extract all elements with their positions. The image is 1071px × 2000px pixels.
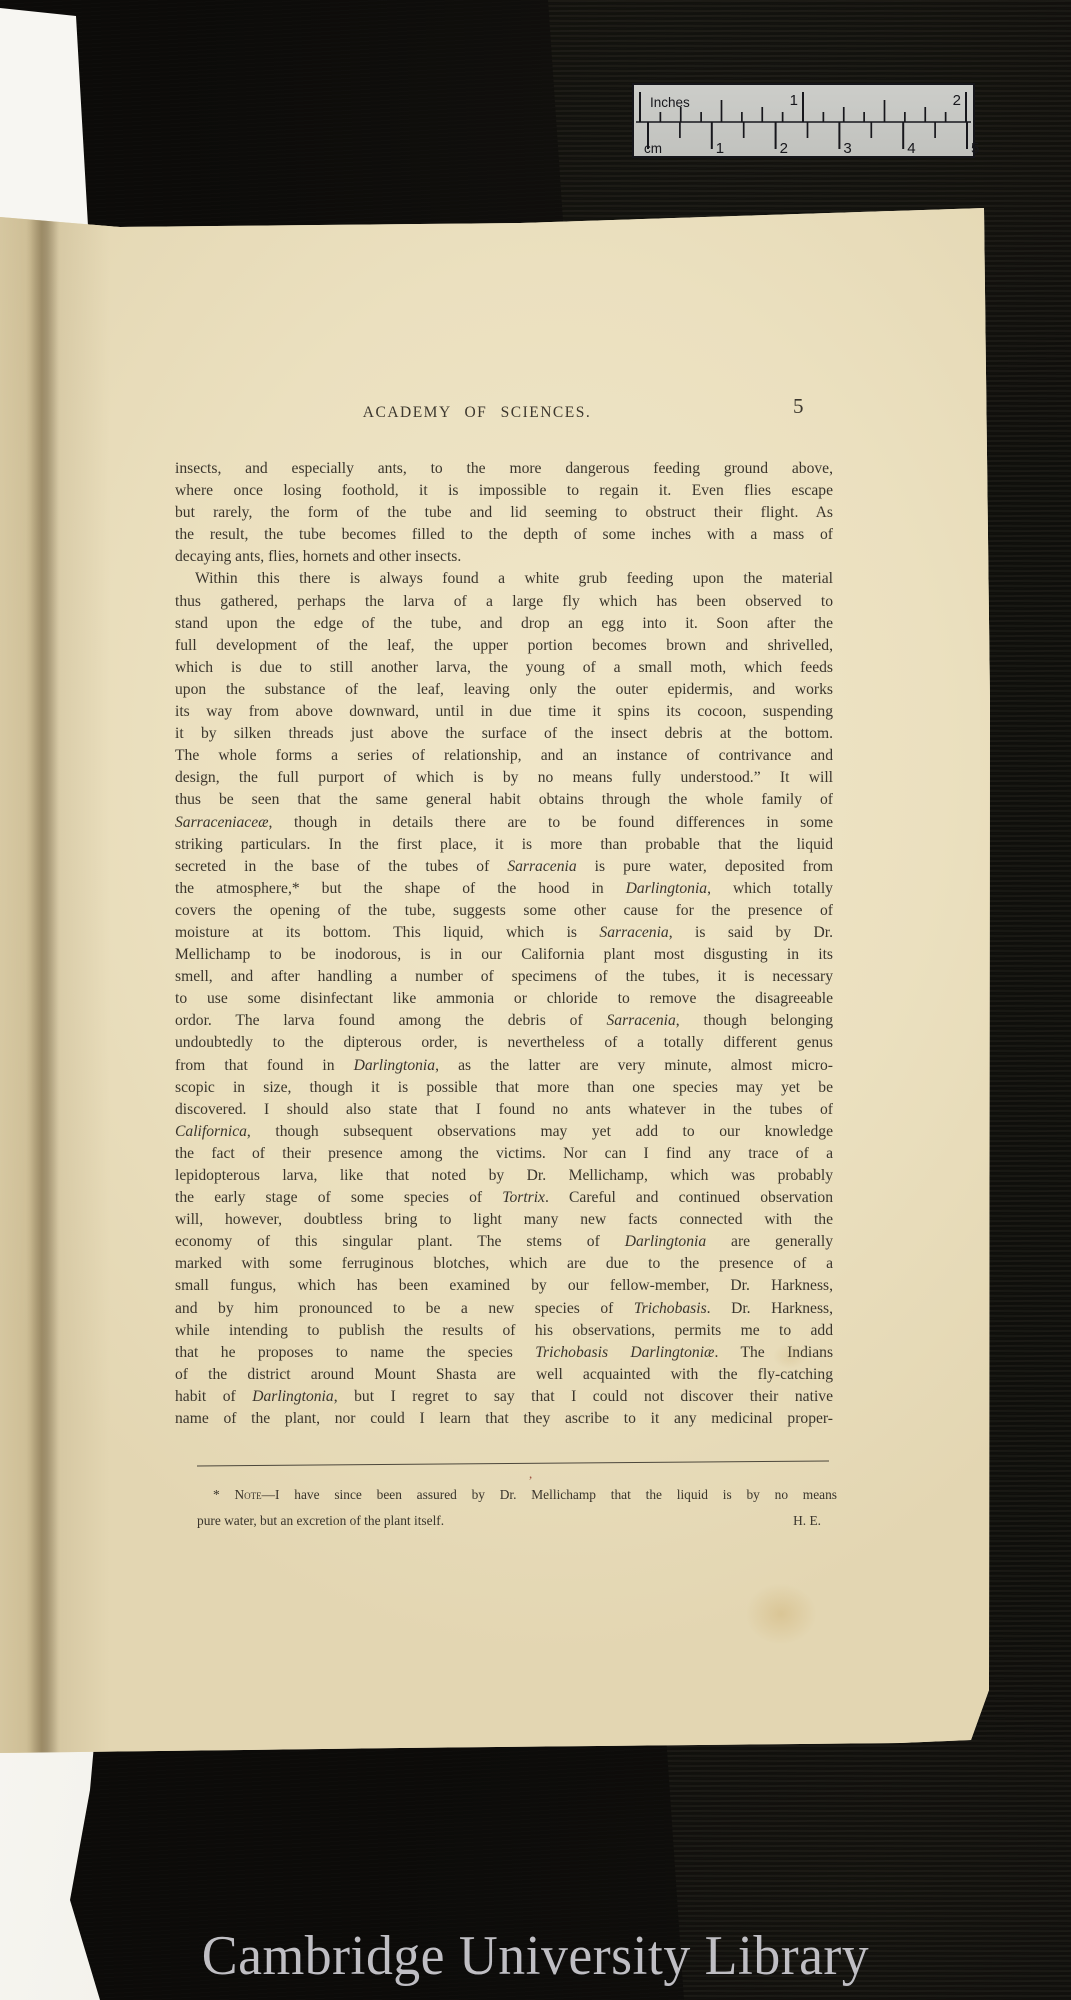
ruler-cm-label: cm (644, 141, 662, 156)
ruler-number: 4 (907, 140, 915, 157)
text-line: striking particulars. In the first place… (175, 834, 833, 856)
text-line: which is due to still another larva, the… (175, 657, 833, 679)
text-line: to use some disinfectant like ammonia or… (175, 988, 833, 1010)
text-line: it by silken threads just above the surf… (175, 723, 833, 745)
text-line: of the district around Mount Shasta are … (175, 1364, 833, 1386)
text-line: the atmosphere,* but the shape of the ho… (175, 878, 833, 900)
text-line: ordor. The larva found among the debris … (175, 1010, 833, 1032)
library-watermark: Cambridge University Library (21, 1924, 1049, 1988)
body-text: insects, and especially ants, to the mor… (175, 458, 833, 1430)
text-line: stand upon the edge of the tube, and dro… (175, 613, 833, 635)
text-line: discovered. I should also state that I f… (175, 1099, 833, 1121)
footnote-text: pure water, but an excretion of the plan… (197, 1508, 444, 1534)
text-line: Sarraceniaceæ, though in details there a… (175, 812, 833, 834)
text-line: but rarely, the form of the tube and lid… (175, 502, 833, 524)
text-line: design, the full purport of which is by … (175, 767, 833, 789)
text-line: and by him pronounced to be a new specie… (175, 1298, 833, 1320)
text-line: full development of the leaf, the upper … (175, 635, 833, 657)
text-line: from that found in Darlingtonia, as the … (175, 1055, 833, 1077)
page-number: 5 (793, 394, 804, 419)
text-line: Californica, though subsequent observati… (175, 1121, 833, 1143)
ruler-number: 2 (780, 140, 788, 157)
ruler-number: 2 (953, 92, 961, 109)
text-line: economy of this singular plant. The stem… (175, 1231, 833, 1253)
text-line: marked with some ferruginous blotches, w… (175, 1253, 833, 1275)
footnote-signature: H. E. (793, 1508, 837, 1534)
text-line: thus gathered, perhaps the larva of a la… (175, 591, 833, 613)
ruler-number: 1 (790, 92, 798, 109)
page-crease (26, 215, 60, 1755)
running-title: ACADEMY OF SCIENCES. (148, 404, 806, 422)
text-line: decaying ants, flies, hornets and other … (175, 546, 833, 568)
text-line: The whole forms a series of relationship… (175, 745, 833, 767)
text-line: the result, the tube becomes filled to t… (175, 524, 833, 546)
text-line: will, however, doubtless bring to light … (175, 1209, 833, 1231)
ruler-number: 3 (843, 140, 851, 157)
text-line: scopic in size, though it is possible th… (175, 1077, 833, 1099)
text-line: the early stage of some species of Tortr… (175, 1187, 833, 1209)
footnote-rule (197, 1461, 829, 1467)
text-line: undoubtedly to the dipterous order, is n… (175, 1032, 833, 1054)
book-page: ACADEMY OF SCIENCES. 5 insects, and espe… (0, 0, 1071, 2000)
text-line: upon the substance of the leaf, leaving … (175, 679, 833, 701)
text-line: habit of Darlingtonia, but I regret to s… (175, 1386, 833, 1408)
text-line: lepidopterous larva, like that noted by … (175, 1165, 833, 1187)
paper-stain (773, 1343, 807, 1369)
ruler-inches-label: Inches (650, 95, 690, 110)
text-line: the fact of their presence among the vic… (175, 1143, 833, 1165)
text-line: thus be seen that the same general habit… (175, 789, 833, 811)
text-line: secreted in the base of the tubes of Sar… (175, 856, 833, 878)
footnote-line: * Note—I have since been assured by Dr. … (197, 1482, 837, 1508)
ruler-ticks: Inches cm 1212345 (634, 85, 973, 156)
scan-canvas: ACADEMY OF SCIENCES. 5 insects, and espe… (0, 0, 1071, 2000)
measurement-ruler: Inches cm 1212345 (632, 83, 975, 158)
paper-stain (745, 1583, 817, 1645)
text-line: smell, and after handling a number of sp… (175, 966, 833, 988)
text-line: where once losing foothold, it is imposs… (175, 480, 833, 502)
text-line: its way from above downward, until in du… (175, 701, 833, 723)
text-line: covers the opening of the tube, suggests… (175, 900, 833, 922)
ruler-number: 5 (971, 140, 979, 157)
text-line: while intending to publish the results o… (175, 1320, 833, 1342)
text-line: small fungus, which has been examined by… (175, 1275, 833, 1297)
print-artifact: , (529, 1466, 532, 1482)
text-line: Mellichamp to be inodorous, is in our Ca… (175, 944, 833, 966)
text-line: moisture at its bottom. This liquid, whi… (175, 922, 833, 944)
text-line: insects, and especially ants, to the mor… (175, 458, 833, 480)
footnote-line: pure water, but an excretion of the plan… (197, 1508, 837, 1534)
text-line: Within this there is always found a whit… (175, 568, 833, 590)
footnote: * Note—I have since been assured by Dr. … (197, 1482, 837, 1534)
ruler-number: 1 (716, 140, 724, 157)
text-line: name of the plant, nor could I learn tha… (175, 1408, 833, 1430)
text-line: that he proposes to name the species Tri… (175, 1342, 833, 1364)
